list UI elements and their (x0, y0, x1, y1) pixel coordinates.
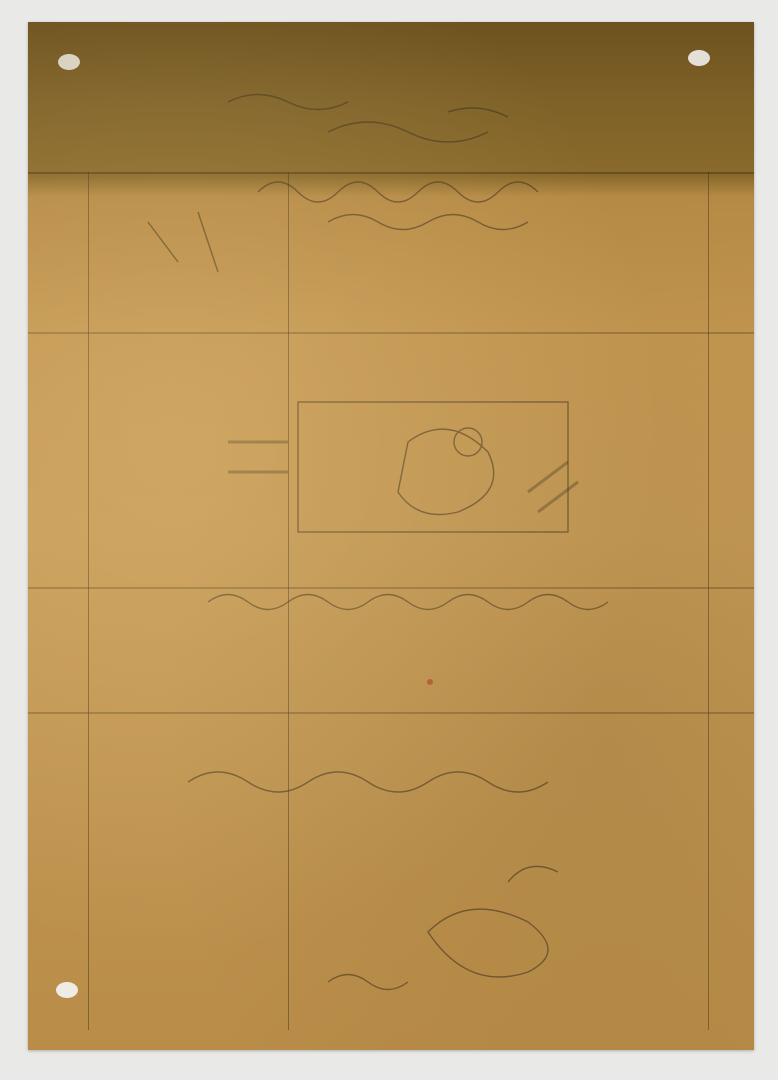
pin-hole (56, 982, 78, 998)
fold-line (28, 587, 754, 589)
fold-line (28, 332, 754, 334)
rule-line (88, 172, 89, 1030)
top-fold (28, 172, 754, 174)
ink-drawing (28, 22, 754, 1050)
fold-line (28, 712, 754, 714)
rule-line (288, 172, 289, 1030)
pin-hole (58, 54, 80, 70)
rule-line (708, 172, 709, 1030)
paper-sheet (28, 22, 754, 1050)
pin-hole (688, 50, 710, 66)
